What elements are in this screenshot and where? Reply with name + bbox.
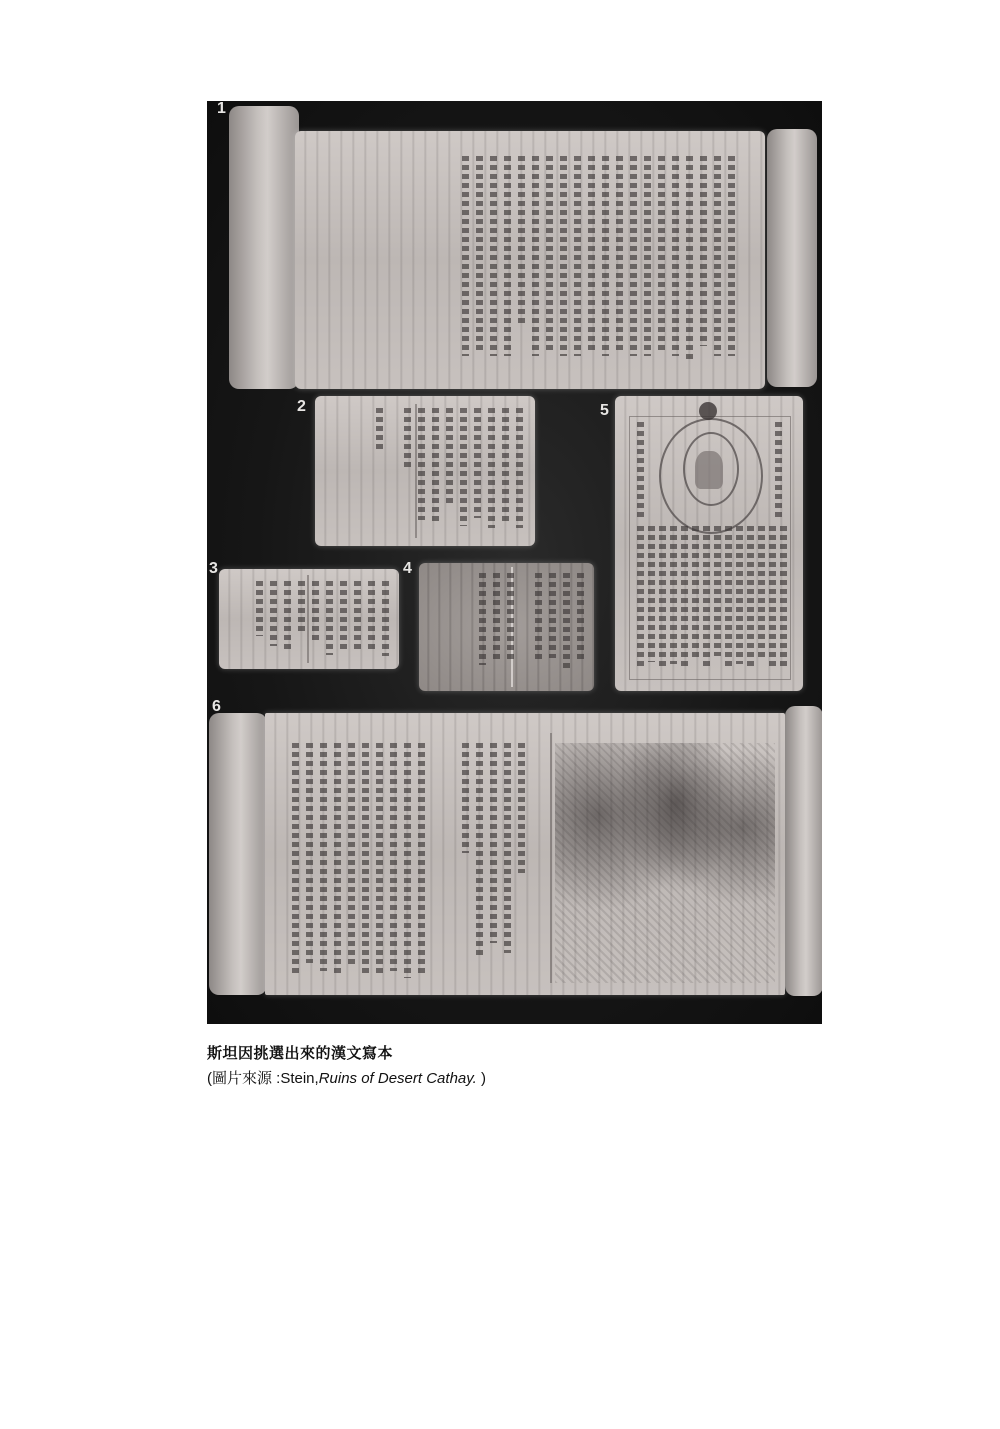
item-label-1: 1 [217,101,226,117]
caption-source-prefix: (圖片來源 :Stein, [207,1070,319,1087]
scroll-6-text-left [275,743,425,983]
caption-source: (圖片來源 :Stein,Ruins of Desert Cathay. ) [207,1068,486,1090]
print-5 [615,396,803,691]
frontispiece-illustration [555,743,775,983]
manuscripts-photograph: 1 2 3 4 5 [207,101,822,1024]
buddha-figure-icon [695,451,723,489]
item-label-2: 2 [297,399,306,415]
figure-caption: 斯坦因挑選出來的漢文寫本 (圖片來源 :Stein,Ruins of Deser… [207,1042,486,1090]
print-5-text [631,526,787,671]
booklet-2 [315,396,535,546]
booklet-4 [419,563,594,691]
caption-source-book-title: Ruins of Desert Cathay. [319,1070,477,1087]
scroll-6-right-roller [785,706,822,996]
item-label-4: 4 [403,561,412,577]
scroll-6-text-middle [435,743,525,983]
scroll-1-text [315,156,735,366]
scroll-6-sheet [265,713,785,995]
booklet-3-text [224,581,389,661]
scroll-1-left-roller [229,106,299,389]
booklet-2-text [323,408,523,533]
booklet-4-text [424,573,584,673]
caption-source-suffix: ) [477,1070,486,1087]
scroll-1-right-roller [767,129,817,387]
item-label-3: 3 [209,561,218,577]
caption-title: 斯坦因挑選出來的漢文寫本 [207,1042,486,1064]
stain-mark [699,402,717,420]
item-label-5: 5 [600,403,609,419]
scroll-1-sheet [295,131,765,389]
booklet-3 [219,569,399,669]
scroll-6-left-roller [209,713,267,995]
